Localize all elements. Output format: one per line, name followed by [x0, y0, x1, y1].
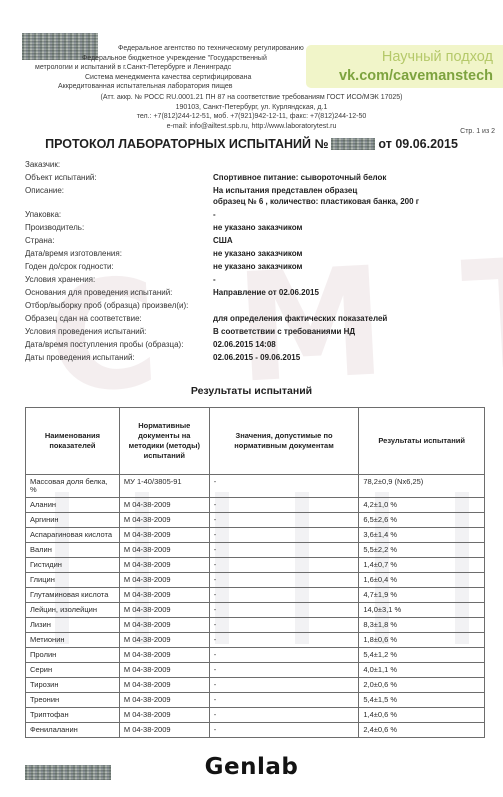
table-row: Тирозин М 04-38-2009 - 2,0±0,6 %	[26, 678, 485, 693]
metadata-value: не указано заказчиком	[213, 261, 485, 272]
cell-method: М 04-38-2009	[119, 723, 209, 738]
org-phone: тел.: +7(812)244-12-51, моб. +7(921)942-…	[0, 112, 503, 121]
cell-result: 6,5±2,6 %	[359, 513, 485, 528]
metadata-value: не указано заказчиком	[213, 222, 485, 233]
cell-indicator: Фенилаланин	[26, 723, 120, 738]
table-row: Пролин М 04-38-2009 - 5,4±1,2 %	[26, 648, 485, 663]
metadata-row: Упаковка: -	[25, 209, 485, 220]
vk-watermark-overlay: Научный подход vk.com/cavemanstech	[306, 45, 503, 88]
metadata-value: США	[213, 235, 485, 246]
cell-allowed: -	[209, 618, 359, 633]
column-header-indicator: Наименования показателей	[26, 408, 120, 475]
cell-allowed: -	[209, 708, 359, 723]
metadata-row: Страна: США	[25, 235, 485, 246]
document-title: ПРОТОКОЛ ЛАБОРАТОРНЫХ ИСПЫТАНИЙ №от 09.0…	[0, 137, 503, 151]
cell-indicator: Серин	[26, 663, 120, 678]
metadata-list: Заказчик: Объект испытаний: Спортивное п…	[25, 159, 485, 365]
cell-result: 3,6±1,4 %	[359, 528, 485, 543]
metadata-label: Упаковка:	[25, 209, 213, 220]
metadata-value: не указано заказчиком	[213, 248, 485, 259]
metadata-label: Условия хранения:	[25, 274, 213, 285]
metadata-value: для определения фактических показателей	[213, 313, 485, 324]
cell-allowed: -	[209, 588, 359, 603]
cell-method: М 04-38-2009	[119, 543, 209, 558]
cell-result: 2,4±0,6 %	[359, 723, 485, 738]
cell-method: М 04-38-2009	[119, 678, 209, 693]
metadata-row: Даты проведения испытаний: 02.06.2015 - …	[25, 352, 485, 363]
metadata-row: Описание: На испытания представлен образ…	[25, 185, 485, 207]
org-line-5: Аккредитованная испытательная лаборатори…	[58, 82, 233, 91]
cell-indicator: Лейцин, изолейцин	[26, 603, 120, 618]
cell-result: 1,6±0,4 %	[359, 573, 485, 588]
cell-result: 1,4±0,7 %	[359, 558, 485, 573]
cell-indicator: Лизин	[26, 618, 120, 633]
org-line-3: метрологии и испытаний в г.Санкт-Петербу…	[35, 63, 231, 72]
org-address: 190103, Санкт-Петербург, ул. Курляндская…	[0, 103, 503, 112]
table-row: Валин М 04-38-2009 - 5,5±2,2 %	[26, 543, 485, 558]
cell-indicator: Метионин	[26, 633, 120, 648]
cell-method: М 04-38-2009	[119, 588, 209, 603]
cell-result: 5,4±1,5 %	[359, 693, 485, 708]
cell-indicator: Валин	[26, 543, 120, 558]
cell-method: М 04-38-2009	[119, 648, 209, 663]
org-line-2: Федеральное бюджетное учреждение "Госуда…	[82, 54, 267, 63]
cell-allowed: -	[209, 648, 359, 663]
metadata-label: Страна:	[25, 235, 213, 246]
cell-indicator: Глутаминовая кислота	[26, 588, 120, 603]
cell-method: М 04-38-2009	[119, 558, 209, 573]
cell-method: М 04-38-2009	[119, 693, 209, 708]
cell-allowed: -	[209, 543, 359, 558]
cell-method: М 04-38-2009	[119, 633, 209, 648]
cell-result: 1,4±0,6 %	[359, 708, 485, 723]
redacted-protocol-number	[331, 138, 375, 150]
table-row: Метионин М 04-38-2009 - 1,8±0,6 %	[26, 633, 485, 648]
metadata-label: Производитель:	[25, 222, 213, 233]
results-heading: Результаты испытаний	[0, 385, 503, 397]
cell-result: 4,2±1,0 %	[359, 498, 485, 513]
cell-result: 14,0±3,1 %	[359, 603, 485, 618]
cell-allowed: -	[209, 663, 359, 678]
column-header-allowed: Значения, допустимые по нормативным доку…	[209, 408, 359, 475]
overlay-url: vk.com/cavemanstech	[306, 67, 493, 85]
metadata-value: -	[213, 209, 485, 220]
scanned-lab-protocol-page: СМТ Федеральное агентство по техническом…	[0, 0, 503, 797]
table-row: Фенилаланин М 04-38-2009 - 2,4±0,6 %	[26, 723, 485, 738]
title-suffix: от 09.06.2015	[378, 137, 457, 151]
metadata-row: Образец сдан на соответствие: для опреде…	[25, 313, 485, 324]
metadata-value: На испытания представлен образец образец…	[213, 185, 485, 207]
cell-allowed: -	[209, 558, 359, 573]
metadata-value	[213, 300, 485, 311]
org-line-4: Система менеджмента качества сертифициро…	[85, 73, 251, 82]
metadata-row: Условия проведения испытаний: В соответс…	[25, 326, 485, 337]
table-row: Аргинин М 04-38-2009 - 6,5±2,6 %	[26, 513, 485, 528]
cell-indicator: Массовая доля белка, %	[26, 475, 120, 498]
cell-result: 5,4±1,2 %	[359, 648, 485, 663]
metadata-label: Заказчик:	[25, 159, 213, 170]
metadata-label: Годен до/срок годности:	[25, 261, 213, 272]
title-prefix: ПРОТОКОЛ ЛАБОРАТОРНЫХ ИСПЫТАНИЙ №	[45, 137, 328, 151]
table-row: Аланин М 04-38-2009 - 4,2±1,0 %	[26, 498, 485, 513]
metadata-label: Дата/время изготовления:	[25, 248, 213, 259]
cell-allowed: -	[209, 723, 359, 738]
cell-result: 8,3±1,8 %	[359, 618, 485, 633]
table-row: Глицин М 04-38-2009 - 1,6±0,4 %	[26, 573, 485, 588]
cell-method: М 04-38-2009	[119, 573, 209, 588]
cell-method: М 04-38-2009	[119, 708, 209, 723]
cell-allowed: -	[209, 693, 359, 708]
table-row: Аспарагиновая кислота М 04-38-2009 - 3,6…	[26, 528, 485, 543]
results-header-row: Наименования показателей Нормативные док…	[26, 408, 485, 475]
cell-indicator: Глицин	[26, 573, 120, 588]
cell-result: 4,7±1,9 %	[359, 588, 485, 603]
metadata-value: 02.06.2015 - 09.06.2015	[213, 352, 485, 363]
metadata-row: Отбор/выборку проб (образца) произвел(и)…	[25, 300, 485, 311]
cell-result: 4,0±1,1 %	[359, 663, 485, 678]
cell-result: 2,0±0,6 %	[359, 678, 485, 693]
cell-method: М 04-38-2009	[119, 498, 209, 513]
cell-indicator: Пролин	[26, 648, 120, 663]
cell-indicator: Аргинин	[26, 513, 120, 528]
cell-indicator: Триптофан	[26, 708, 120, 723]
table-row: Гистидин М 04-38-2009 - 1,4±0,7 %	[26, 558, 485, 573]
org-email: e-mail: info@ailtest.spb.ru, http://www.…	[0, 122, 503, 131]
metadata-label: Условия проведения испытаний:	[25, 326, 213, 337]
brand-logo-text: Genlab	[0, 754, 503, 780]
page-indicator: Стр. 1 из 2	[460, 128, 495, 135]
results-table: Наименования показателей Нормативные док…	[25, 407, 485, 738]
metadata-row: Дата/время изготовления: не указано зака…	[25, 248, 485, 259]
metadata-row: Основания для проведения испытаний: Напр…	[25, 287, 485, 298]
org-line-1: Федеральное агентство по техническому ре…	[118, 44, 304, 53]
cell-indicator: Гистидин	[26, 558, 120, 573]
table-row: Массовая доля белка, % МУ 1-40/3805-91 -…	[26, 475, 485, 498]
metadata-value: Спортивное питание: сывороточный белок	[213, 172, 485, 183]
cell-method: М 04-38-2009	[119, 528, 209, 543]
cell-indicator: Треонин	[26, 693, 120, 708]
cell-allowed: -	[209, 633, 359, 648]
cell-indicator: Аланин	[26, 498, 120, 513]
cell-allowed: -	[209, 475, 359, 498]
cell-allowed: -	[209, 573, 359, 588]
metadata-row: Дата/время поступления пробы (образца): …	[25, 339, 485, 350]
table-row: Триптофан М 04-38-2009 - 1,4±0,6 %	[26, 708, 485, 723]
cell-method: М 04-38-2009	[119, 513, 209, 528]
cell-allowed: -	[209, 513, 359, 528]
metadata-label: Объект испытаний:	[25, 172, 213, 183]
cell-allowed: -	[209, 498, 359, 513]
metadata-value: В соответствии с требованиями НД	[213, 326, 485, 337]
table-row: Серин М 04-38-2009 - 4,0±1,1 %	[26, 663, 485, 678]
metadata-label: Основания для проведения испытаний:	[25, 287, 213, 298]
table-row: Глутаминовая кислота М 04-38-2009 - 4,7±…	[26, 588, 485, 603]
cell-result: 5,5±2,2 %	[359, 543, 485, 558]
metadata-label: Описание:	[25, 185, 213, 207]
column-header-method: Нормативные документы на методики (метод…	[119, 408, 209, 475]
metadata-value: Направление от 02.06.2015	[213, 287, 485, 298]
column-header-result: Результаты испытаний	[359, 408, 485, 475]
cell-indicator: Тирозин	[26, 678, 120, 693]
metadata-value: 02.06.2015 14:08	[213, 339, 485, 350]
metadata-row: Объект испытаний: Спортивное питание: сы…	[25, 172, 485, 183]
table-row: Треонин М 04-38-2009 - 5,4±1,5 %	[26, 693, 485, 708]
table-row: Лейцин, изолейцин М 04-38-2009 - 14,0±3,…	[26, 603, 485, 618]
metadata-label: Дата/время поступления пробы (образца):	[25, 339, 213, 350]
metadata-value	[213, 159, 485, 170]
table-row: Лизин М 04-38-2009 - 8,3±1,8 %	[26, 618, 485, 633]
cell-result: 1,8±0,6 %	[359, 633, 485, 648]
cell-method: М 04-38-2009	[119, 618, 209, 633]
metadata-row: Условия хранения: -	[25, 274, 485, 285]
cell-result: 78,2±0,9 (Nx6,25)	[359, 475, 485, 498]
cell-indicator: Аспарагиновая кислота	[26, 528, 120, 543]
cell-method: М 04-38-2009	[119, 603, 209, 618]
metadata-row: Заказчик:	[25, 159, 485, 170]
org-accreditation: (Атт. аккр. № РОСС RU.0001.21 ПН 87 на с…	[0, 93, 503, 102]
metadata-row: Производитель: не указано заказчиком	[25, 222, 485, 233]
cell-allowed: -	[209, 528, 359, 543]
metadata-label: Даты проведения испытаний:	[25, 352, 213, 363]
metadata-label: Отбор/выборку проб (образца) произвел(и)…	[25, 300, 213, 311]
cell-allowed: -	[209, 678, 359, 693]
cell-method: М 04-38-2009	[119, 663, 209, 678]
metadata-row: Годен до/срок годности: не указано заказ…	[25, 261, 485, 272]
overlay-title: Научный подход	[306, 48, 493, 67]
cell-allowed: -	[209, 603, 359, 618]
cell-method: МУ 1-40/3805-91	[119, 475, 209, 498]
metadata-label: Образец сдан на соответствие:	[25, 313, 213, 324]
metadata-value: -	[213, 274, 485, 285]
